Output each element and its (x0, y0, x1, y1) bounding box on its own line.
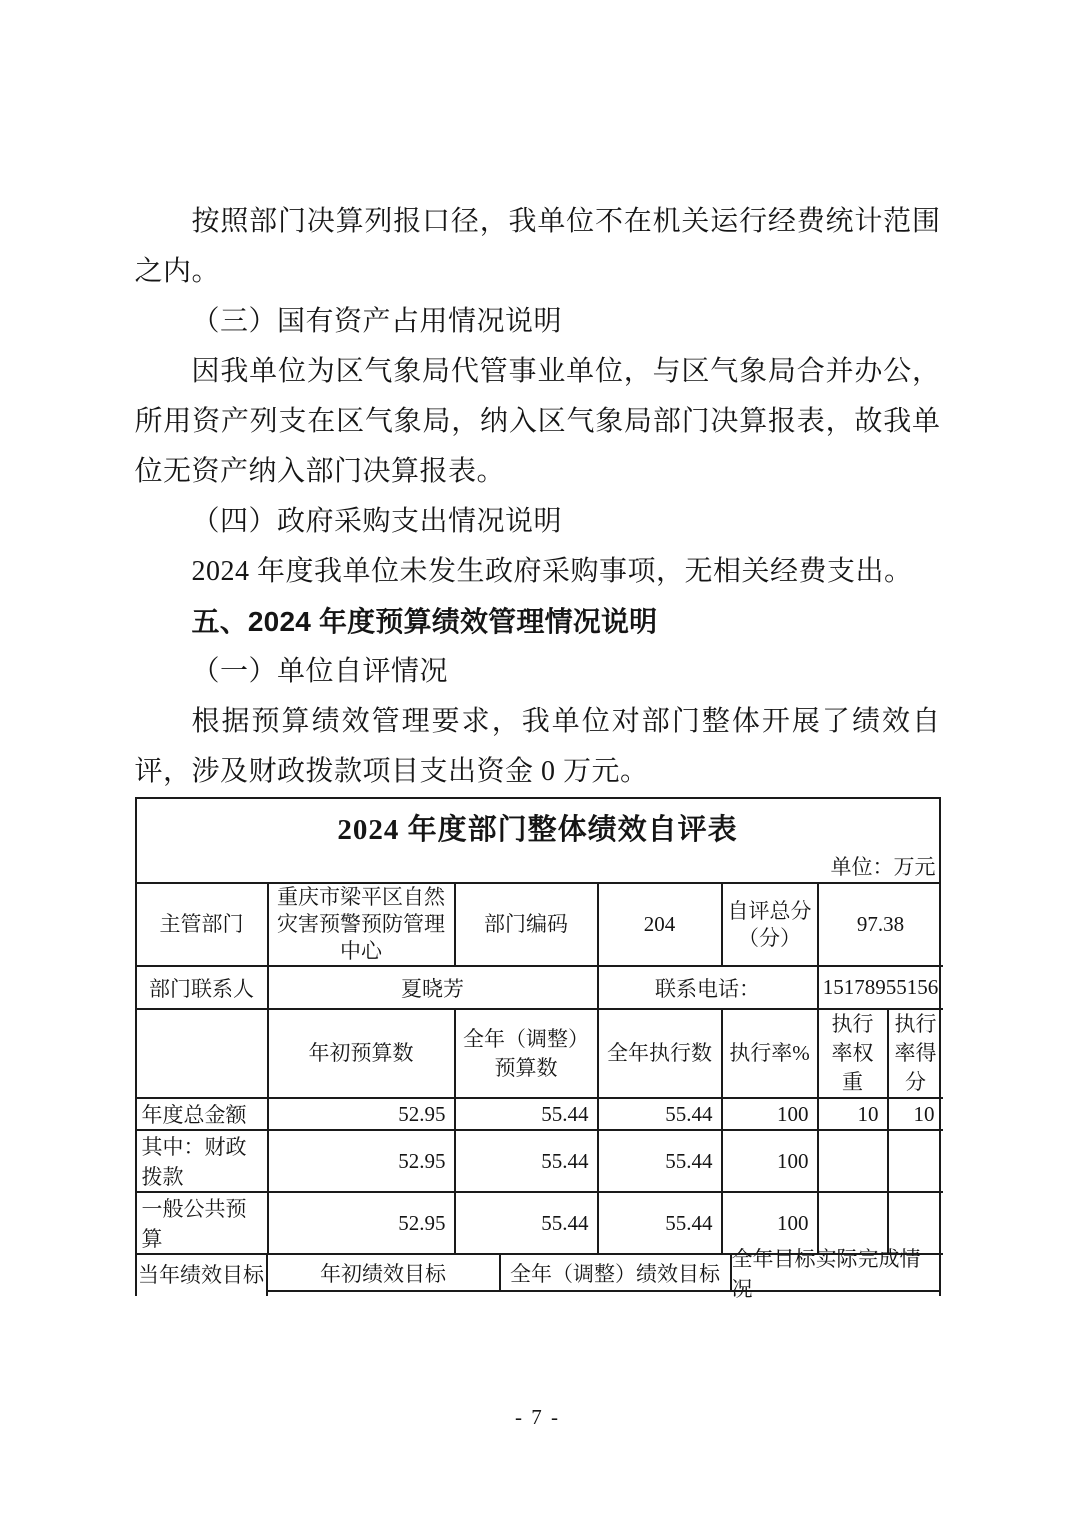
paragraph-state-assets: 因我单位为区气象局代管事业单位，与区气象局合并办公，所用资产列支在区气象局，纳入… (135, 347, 941, 497)
section-heading-state-assets: （三）国有资产占用情况说明 (135, 297, 941, 347)
header-empty (137, 1009, 268, 1098)
table-row-supervisor: 主管部门 重庆市梁平区自然灾害预警预防管理中心 部门编码 204 自评总分（分）… (137, 884, 943, 966)
header-exec-rate: 执行率% (722, 1009, 818, 1098)
cell-exec-rate: 100 (722, 1098, 818, 1130)
cell-executed: 55.44 (598, 1192, 722, 1254)
self-score-label: 自评总分（分） (722, 884, 818, 966)
table-row-annual-goals: 当年绩效目标 年初绩效目标 全年（调整）绩效目标 全年目标实际完成情况 (137, 1255, 939, 1292)
goal-actual: 全年目标实际完成情况 (732, 1255, 939, 1292)
self-score-value: 97.38 (818, 884, 943, 966)
table-unit-note: 单位：万元 (137, 851, 939, 881)
cell-exec-rate: 100 (722, 1130, 818, 1192)
section-heading-procurement: （四）政府采购支出情况说明 (135, 497, 941, 547)
cell-initial-budget: 52.95 (268, 1130, 455, 1192)
header-executed: 全年执行数 (598, 1009, 722, 1098)
contact-label: 部门联系人 (137, 966, 268, 1009)
table-row-annual-total: 年度总金额 52.95 55.44 55.44 100 10 10 (137, 1098, 943, 1130)
cell-rate-score (888, 1130, 943, 1192)
row-label: 其中：财政拨款 (137, 1130, 268, 1192)
section-heading-self-eval: （一）单位自评情况 (135, 647, 941, 697)
goal-adjusted: 全年（调整）绩效目标 (501, 1255, 732, 1292)
table-continuation-stub (137, 1292, 268, 1296)
table-header-row: 年初预算数 全年（调整）预算数 全年执行数 执行率% 执行率权重 执行率得分 (137, 1009, 943, 1098)
goal-initial: 年初绩效目标 (268, 1255, 501, 1292)
chapter-heading-performance: 五、2024 年度预算绩效管理情况说明 (135, 597, 941, 647)
cell-adjusted-budget: 55.44 (455, 1192, 598, 1254)
dept-code-value: 204 (598, 884, 722, 966)
cell-executed: 55.44 (598, 1098, 722, 1130)
header-initial-budget: 年初预算数 (268, 1009, 455, 1098)
table-title-row: 2024 年度部门整体绩效自评表 单位：万元 (137, 799, 939, 884)
row-label: 一般公共预算 (137, 1192, 268, 1254)
header-adjusted-budget: 全年（调整）预算数 (455, 1009, 598, 1098)
performance-self-eval-table: 2024 年度部门整体绩效自评表 单位：万元 主管部门 重庆市梁平区自然灾害预警… (135, 797, 941, 1296)
phone-label: 联系电话： (598, 966, 818, 1009)
goal-label: 当年绩效目标 (137, 1255, 268, 1292)
cell-initial-budget: 52.95 (268, 1098, 455, 1130)
paragraph-procurement: 2024 年度我单位未发生政府采购事项，无相关经费支出。 (135, 547, 941, 597)
table-grid: 主管部门 重庆市梁平区自然灾害预警预防管理中心 部门编码 204 自评总分（分）… (137, 884, 943, 1255)
header-rate-weight: 执行率权重 (818, 1009, 888, 1098)
supervisor-value: 重庆市梁平区自然灾害预警预防管理中心 (268, 884, 455, 966)
cell-adjusted-budget: 55.44 (455, 1098, 598, 1130)
paragraph-operating-expense: 按照部门决算列报口径，我单位不在机关运行经费统计范围之内。 (135, 197, 941, 297)
cell-initial-budget: 52.95 (268, 1192, 455, 1254)
table-title: 2024 年度部门整体绩效自评表 (137, 807, 939, 848)
dept-code-label: 部门编码 (455, 884, 598, 966)
table-row-fiscal-allocation: 其中：财政拨款 52.95 55.44 55.44 100 (137, 1130, 943, 1192)
supervisor-label: 主管部门 (137, 884, 268, 966)
cell-rate-score: 10 (888, 1098, 943, 1130)
header-rate-score: 执行率得分 (888, 1009, 943, 1098)
paragraph-self-eval: 根据预算绩效管理要求，我单位对部门整体开展了绩效自评，涉及财政拨款项目支出资金 … (135, 697, 941, 797)
page-number: - 7 - (0, 1405, 1075, 1430)
cell-executed: 55.44 (598, 1130, 722, 1192)
cell-adjusted-budget: 55.44 (455, 1130, 598, 1192)
cell-rate-weight (818, 1130, 888, 1192)
document-page: 按照部门决算列报口径，我单位不在机关运行经费统计范围之内。 （三）国有资产占用情… (135, 0, 941, 1296)
phone-value: 15178955156 (818, 966, 943, 1009)
cell-rate-weight: 10 (818, 1098, 888, 1130)
row-label: 年度总金额 (137, 1098, 268, 1130)
contact-name: 夏晓芳 (268, 966, 598, 1009)
table-row-contact: 部门联系人 夏晓芳 联系电话： 15178955156 (137, 966, 943, 1009)
